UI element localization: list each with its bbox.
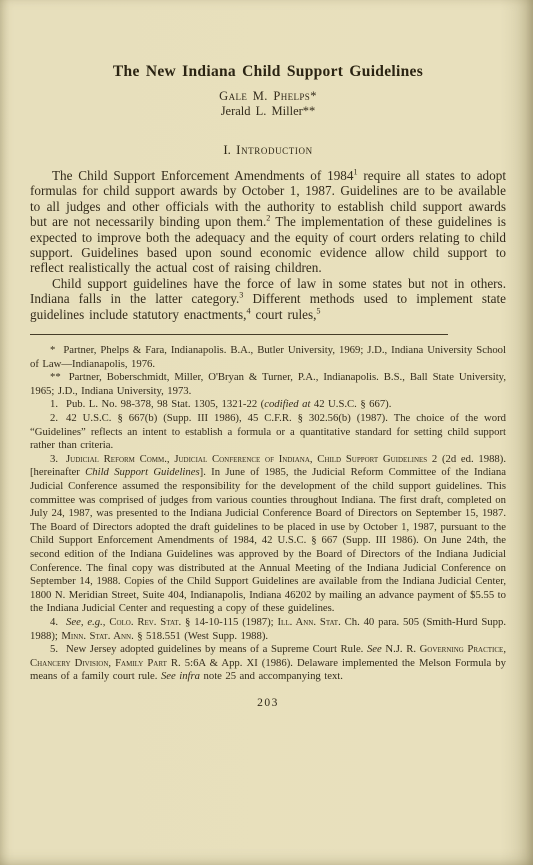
footnote-marker: ** bbox=[50, 371, 61, 383]
footnote: 5.New Jersey adopted guidelines by means… bbox=[30, 643, 506, 684]
page-content: The New Indiana Child Support Guidelines… bbox=[30, 0, 506, 709]
footnote: 4.See, e.g., Colo. Rev. Stat. § 14-10-11… bbox=[30, 616, 506, 643]
text-segment: codified at bbox=[264, 398, 310, 410]
footnote-marker: 5. bbox=[50, 643, 58, 655]
text-segment: N.J. R. bbox=[382, 643, 420, 655]
scanned-article-page: The New Indiana Child Support Guidelines… bbox=[0, 0, 533, 865]
text-segment: § 518.551 (West Supp. 1988). bbox=[134, 630, 268, 642]
footnote: 1.Pub. L. No. 98-378, 98 Stat. 1305, 132… bbox=[30, 398, 506, 412]
text-segment: 42 U.S.C. § 667(b) (Supp. III 1986), 45 … bbox=[30, 412, 506, 451]
section-number: I. bbox=[223, 142, 231, 157]
text-segment: ]. In June of 1985, the Judicial Reform … bbox=[30, 466, 506, 614]
text-segment: Partner, Boberschmidt, Miller, O'Bryan &… bbox=[30, 371, 506, 397]
section-heading: I. Introduction bbox=[30, 142, 506, 158]
footnote: 2.42 U.S.C. § 667(b) (Supp. III 1986), 4… bbox=[30, 412, 506, 453]
text-segment: Ill. Ann. Stat. bbox=[278, 616, 341, 628]
paragraph: Child support guidelines have the force … bbox=[30, 276, 506, 322]
text-segment: Minn. Stat. Ann. bbox=[61, 630, 133, 642]
footnote-marker: 4. bbox=[50, 616, 58, 628]
author-block: Gale M. Phelps* Jerald L. Miller** bbox=[30, 89, 506, 118]
footnote-ref: 5 bbox=[316, 306, 320, 315]
text-segment: Partner, Phelps & Fara, Indianapolis. B.… bbox=[30, 344, 506, 370]
footnotes-list: *Partner, Phelps & Fara, Indianapolis. B… bbox=[30, 344, 506, 684]
footnote-marker: * bbox=[50, 344, 55, 356]
author-line-2: Jerald L. Miller** bbox=[30, 104, 506, 119]
body-paragraphs: The Child Support Enforcement Amendments… bbox=[30, 168, 506, 322]
text-segment: court rules, bbox=[251, 307, 317, 322]
text-segment: See, e.g., bbox=[66, 616, 105, 628]
section-title: Introduction bbox=[236, 142, 313, 157]
author-line-1: Gale M. Phelps* bbox=[30, 89, 506, 104]
footnote-separator bbox=[30, 334, 448, 335]
text-segment: Child Support Guidelines bbox=[85, 466, 200, 478]
text-segment: Colo. Rev. Stat. bbox=[109, 616, 181, 628]
text-segment: note 25 and accompanying text. bbox=[200, 670, 343, 682]
text-segment: Pub. L. No. 98-378, 98 Stat. 1305, 1321-… bbox=[66, 398, 264, 410]
text-segment: New Jersey adopted guidelines by means o… bbox=[66, 643, 367, 655]
text-segment: § 14-10-115 (1987); bbox=[181, 616, 277, 628]
footnote-marker: 1. bbox=[50, 398, 58, 410]
text-segment: See bbox=[367, 643, 382, 655]
page-number: 203 bbox=[30, 697, 506, 709]
text-segment: The Child Support Enforcement Amendments… bbox=[52, 168, 353, 183]
footnote: **Partner, Boberschmidt, Miller, O'Bryan… bbox=[30, 371, 506, 398]
paragraph: The Child Support Enforcement Amendments… bbox=[30, 168, 506, 276]
text-segment: 42 U.S.C. § 667). bbox=[310, 398, 391, 410]
footnote: *Partner, Phelps & Fara, Indianapolis. B… bbox=[30, 344, 506, 371]
footnote-marker: 3. bbox=[50, 453, 58, 465]
footnote: 3.Judicial Reform Comm., Judicial Confer… bbox=[30, 453, 506, 616]
text-segment: See infra bbox=[161, 670, 200, 682]
article-title: The New Indiana Child Support Guidelines bbox=[30, 63, 506, 81]
text-segment: Judicial Reform Comm., Judicial Conferen… bbox=[66, 453, 427, 465]
footnote-marker: 2. bbox=[50, 412, 58, 424]
